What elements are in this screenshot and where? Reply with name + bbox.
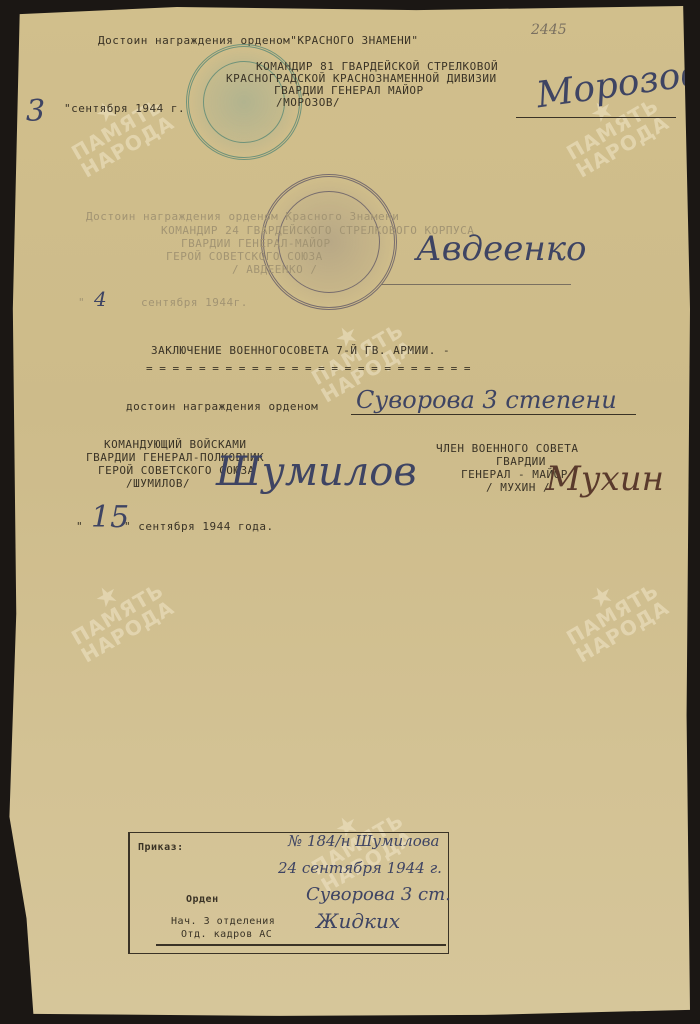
corps-date-day-handwritten: 4 bbox=[94, 287, 107, 311]
corps-line-4: ГЕРОЙ СОВЕТСКОГО СОЮЗА bbox=[166, 250, 323, 263]
award-underline bbox=[351, 414, 636, 415]
corner-number: 2445 bbox=[531, 22, 567, 38]
council-title: ЗАКЛЮЧЕНИЕ ВОЕННОГОСОВЕТА 7-Й ГВ. АРМИИ.… bbox=[151, 344, 450, 357]
commander-name: /МОРОЗОВ/ bbox=[276, 96, 340, 109]
watermark-pamyat-naroda: ★ ПАМЯТЬНАРОДА bbox=[58, 562, 177, 666]
corps-line-1: Достоин награждения орденом Красного Зна… bbox=[86, 210, 399, 223]
order-signature: Жидких bbox=[316, 909, 400, 933]
corps-date-prefix: " bbox=[78, 296, 85, 309]
council-member-line-4: / МУХИН / bbox=[486, 481, 550, 494]
council-date-text: " сентября 1944 года. bbox=[124, 520, 274, 533]
corps-signature: Авдеенко bbox=[416, 229, 587, 269]
corps-date-text: сентября 1944г. bbox=[141, 296, 248, 309]
mukhin-signature: Мухин bbox=[546, 459, 664, 499]
order-line-4: Нач. 3 отделения bbox=[171, 916, 275, 927]
signature-line bbox=[516, 117, 676, 118]
award-prefix: достоин награждения орденом bbox=[126, 400, 318, 413]
document-page: ★ ПАМЯТЬНАРОДА ★ ПАМЯТЬНАРОДА ★ ПАМЯТЬНА… bbox=[6, 4, 690, 1020]
shumilov-signature: Шумилов bbox=[216, 449, 417, 495]
award-handwritten: Суворова 3 степени bbox=[356, 386, 617, 414]
council-title-underline: = = = = = = = = = = = = = = = = = = = = … bbox=[146, 362, 471, 375]
order-number: № 184/н Шумилова bbox=[288, 832, 439, 850]
commander-block-line-4: /ШУМИЛОВ/ bbox=[126, 477, 190, 490]
signature-line bbox=[381, 284, 571, 285]
corps-line-5: / АВДЕЕНКО / bbox=[232, 263, 317, 276]
watermark-pamyat-naroda: ★ ПАМЯТЬНАРОДА bbox=[553, 562, 672, 666]
council-date-quote: " bbox=[76, 520, 83, 533]
council-member-line-1: ЧЛЕН ВОЕННОГО СОВЕТА bbox=[436, 442, 578, 455]
corps-line-3: ГВАРДИИ ГЕНЕРАЛ-МАЙОР bbox=[181, 237, 331, 250]
order-prefix: Орден bbox=[186, 894, 219, 905]
order-label: Приказ: bbox=[138, 842, 184, 853]
order-line-5: Отд. кадров АС bbox=[181, 929, 272, 940]
order-date: 24 сентября 1944 г. bbox=[278, 859, 442, 877]
date-text: "сентября 1944 г. bbox=[64, 102, 185, 115]
date-day-handwritten: 3 bbox=[26, 94, 45, 129]
council-member-line-2: ГВАРДИИ bbox=[496, 455, 546, 468]
order-award: Суворова 3 ст. bbox=[306, 884, 451, 905]
order-box-underline bbox=[156, 944, 446, 946]
watermark-pamyat-naroda: ★ ПАМЯТЬНАРОДА bbox=[58, 77, 177, 181]
